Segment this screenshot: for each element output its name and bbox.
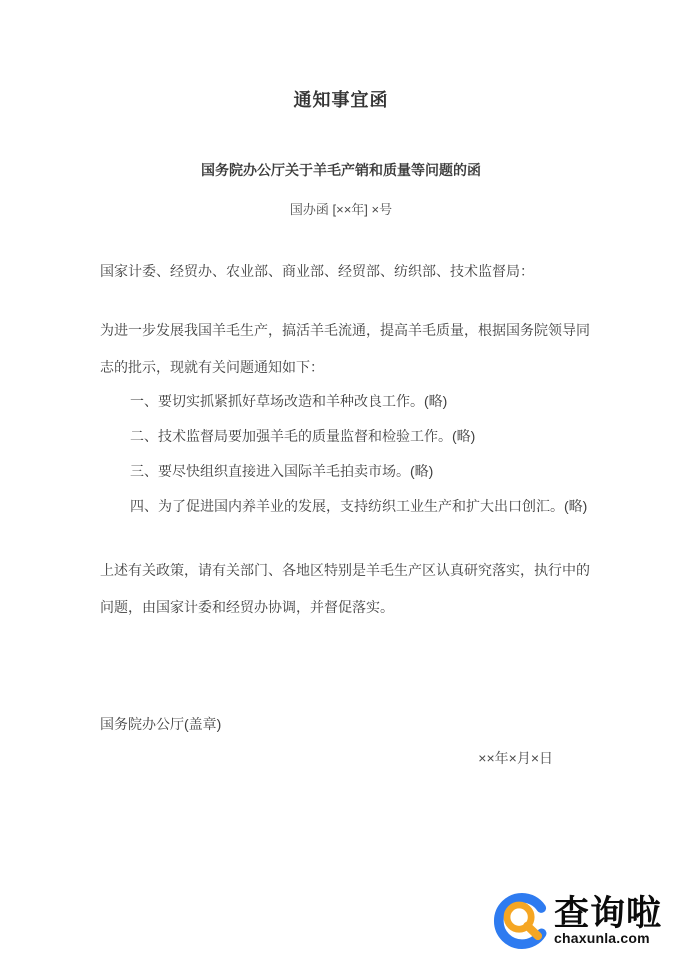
document-title: 通知事宜函	[0, 86, 682, 112]
salutation-line: 国家计委、经贸办、农业部、商业部、经贸部、纺织部、技术监督局：	[100, 261, 600, 281]
signature-line: 国务院办公厅(盖章)	[100, 714, 221, 734]
date-line: ××年×月×日	[478, 748, 553, 768]
list-item: 一、要切实抓紧抓好草场改造和羊种改良工作。(略)	[130, 384, 600, 419]
document-subtitle: 国务院办公厅关于羊毛产销和质量等问题的函	[0, 160, 682, 180]
list-item: 三、要尽快组织直接进入国际羊毛拍卖市场。(略)	[130, 454, 600, 489]
magnifier-search-icon	[493, 892, 551, 950]
chaxunla-watermark-logo[interactable]: 查询啦 chaxunla.com	[493, 892, 662, 950]
document-number: 国办函 [××年] ×号	[0, 199, 682, 218]
numbered-items-list: 一、要切实抓紧抓好草场改造和羊种改良工作。(略) 二、技术监督局要加强羊毛的质量…	[130, 384, 600, 524]
brand-text-block: 查询啦 chaxunla.com	[554, 896, 662, 946]
document-page: 通知事宜函 国务院办公厅关于羊毛产销和质量等问题的函 国办函 [××年] ×号 …	[0, 0, 682, 963]
list-item: 二、技术监督局要加强羊毛的质量监督和检验工作。(略)	[130, 419, 600, 454]
list-item: 四、为了促进国内养羊业的发展，支持纺织工业生产和扩大出口创汇。(略)	[130, 489, 600, 524]
intro-paragraph: 为进一步发展我国羊毛生产，搞活羊毛流通，提高羊毛质量，根据国务院领导同 志的批示…	[100, 312, 592, 385]
closing-paragraph: 上述有关政策，请有关部门、各地区特别是羊毛生产区认真研究落实，执行中的 问题，由…	[100, 552, 592, 625]
brand-domain: chaxunla.com	[554, 930, 650, 946]
brand-name: 查询啦	[554, 896, 662, 931]
